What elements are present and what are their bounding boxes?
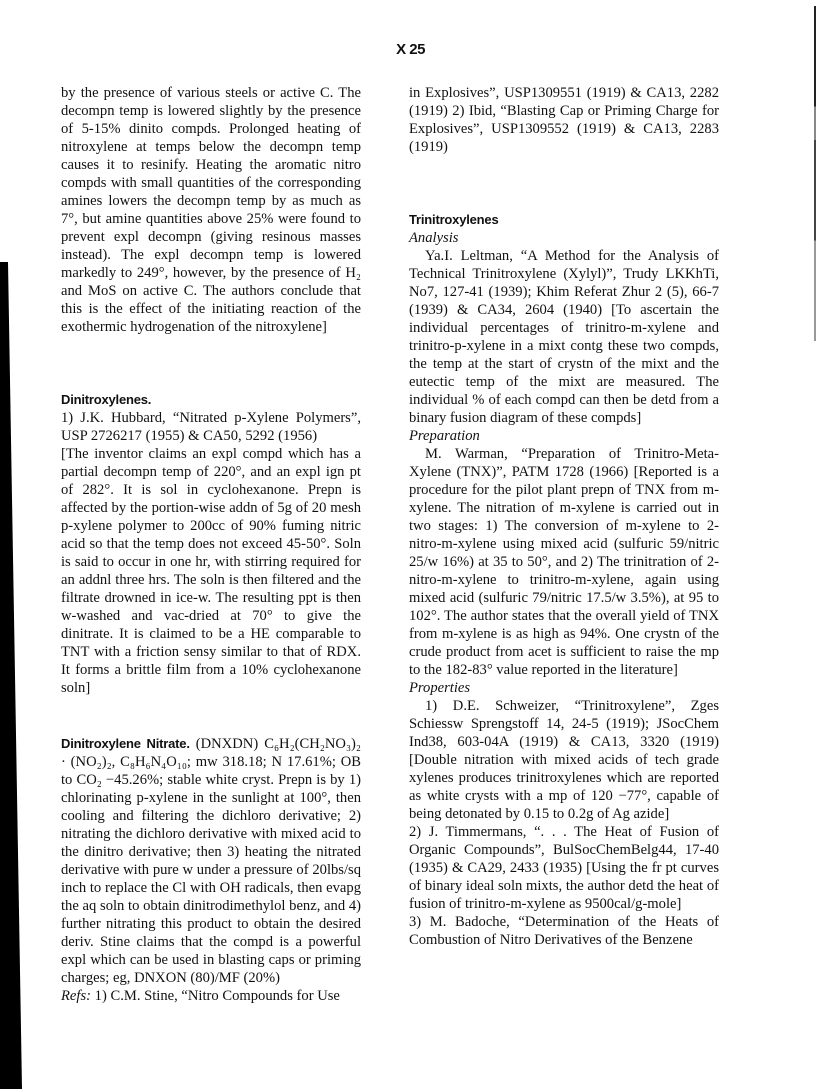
- section-body: [The inventor claims an expl compd which…: [61, 445, 361, 697]
- subsection-heading-analysis: Analysis: [409, 229, 719, 247]
- properties-ref-1: 1) D.E. Schweizer, “Trinitroxylene”, Zge…: [409, 697, 719, 823]
- properties-ref-3: 3) M. Badoche, “Determination of the Hea…: [409, 913, 719, 949]
- properties-ref-2: 2) J. Timmermans, “. . . The Heat of Fus…: [409, 823, 719, 913]
- section-dinitroxylene-nitrate: Dinitroxylene Nitrate. (DNXDN) C₆H₂(CH₂N…: [61, 735, 361, 1005]
- reference-citation: 1) J.K. Hubbard, “Nitrated p-Xylene Poly…: [61, 409, 361, 445]
- section-heading: Trinitroxylenes: [409, 211, 719, 229]
- preparation-body: M. Warman, “Preparation of Trinitro-Meta…: [409, 445, 719, 679]
- references-continued: in Explosives”, USP1309551 (1919) & CA13…: [409, 84, 719, 156]
- section-heading: Dinitroxylene Nitrate.: [61, 736, 190, 751]
- scan-edge-left-bottom: [0, 1010, 14, 1080]
- section-heading: Dinitroxylenes.: [61, 391, 361, 409]
- analysis-body: Ya.I. Leltman, “A Method for the Analysi…: [409, 247, 719, 427]
- page-number: X 25: [0, 41, 821, 58]
- section-dinitroxylenes: Dinitroxylenes. 1) J.K. Hubbard, “Nitrat…: [61, 391, 361, 697]
- abbreviation: (DNXDN): [196, 736, 258, 752]
- subsection-heading-preparation: Preparation: [409, 427, 719, 445]
- subsection-heading-properties: Properties: [409, 679, 719, 697]
- scan-edge-left: [0, 262, 22, 1089]
- left-column: by the presence of various steels or act…: [61, 84, 361, 1005]
- reference-citation: 1) C.M. Stine, “Nitro Compounds for Use: [95, 988, 340, 1004]
- section-body: Prepn is by 1) chlorinating p-xylene in …: [61, 772, 361, 986]
- refs-label: Refs:: [61, 988, 91, 1004]
- intro-paragraph: by the presence of various steels or act…: [61, 84, 361, 336]
- right-column: in Explosives”, USP1309551 (1919) & CA13…: [409, 84, 719, 949]
- section-trinitroxylenes: Trinitroxylenes Analysis Ya.I. Leltman, …: [409, 211, 719, 949]
